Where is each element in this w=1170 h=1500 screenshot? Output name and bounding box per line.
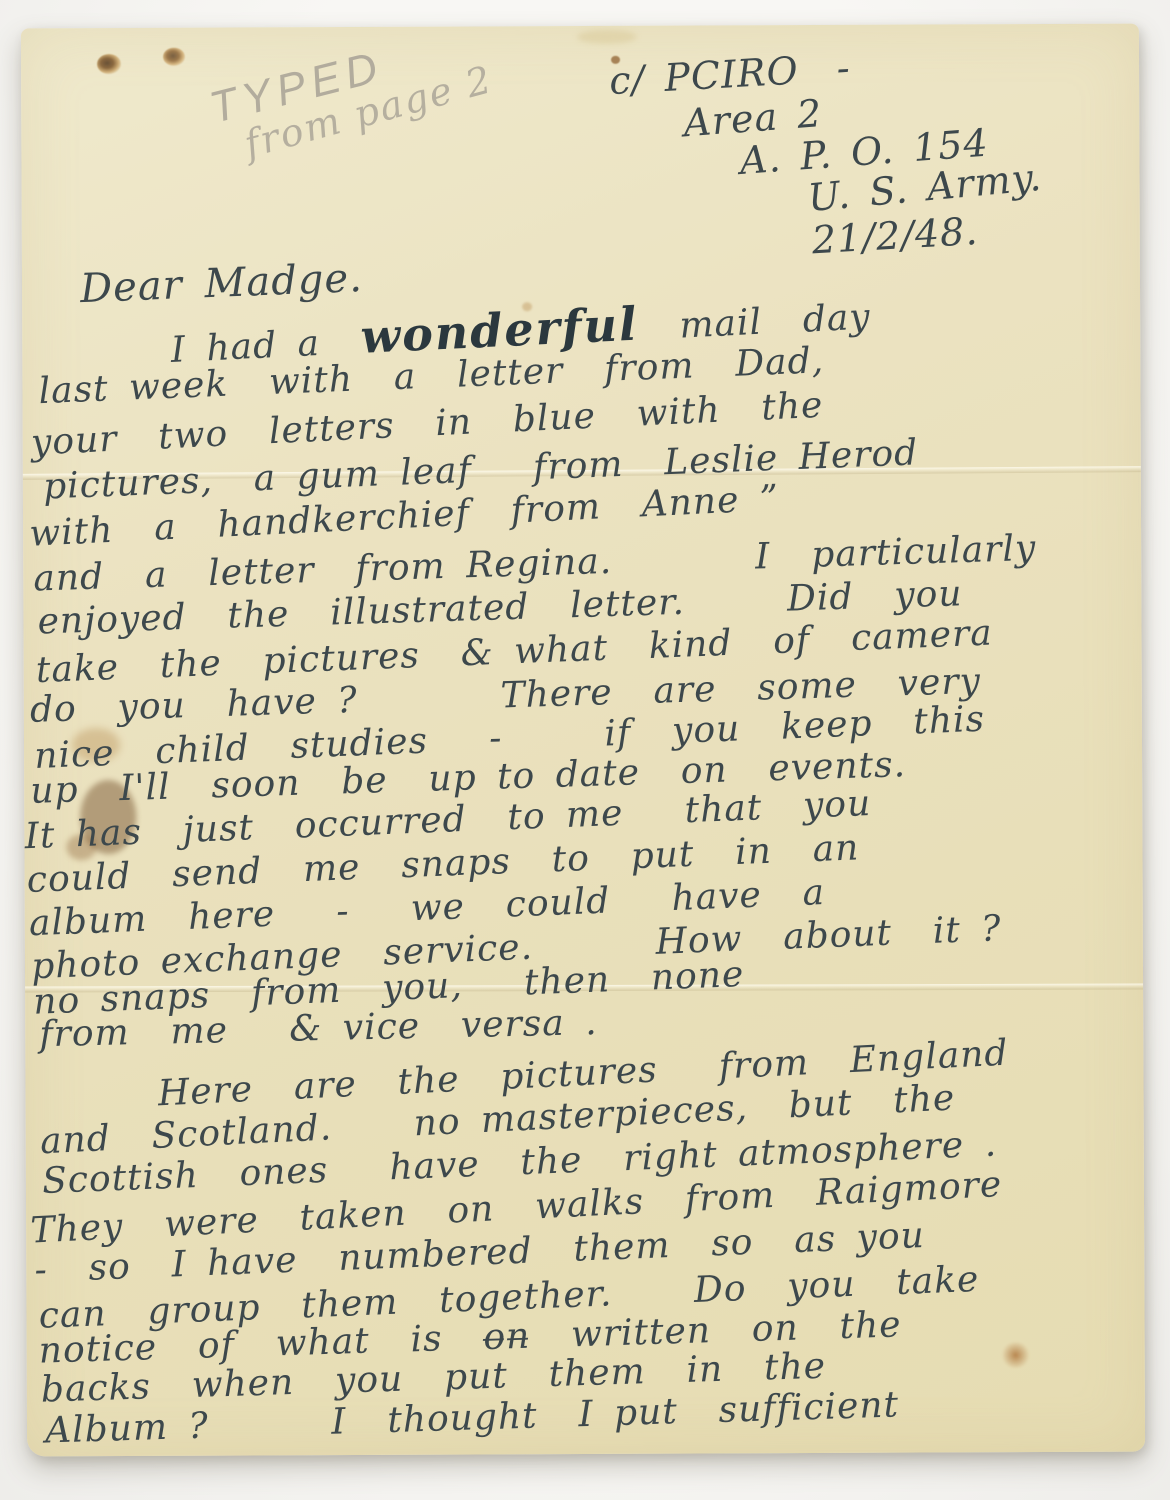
opening-post: mail day	[638, 296, 872, 348]
pencil-annotation: TYPED from page 2	[207, 53, 463, 148]
pin-hole	[163, 48, 185, 66]
stain	[577, 30, 637, 44]
letter-line: from me & vice versa .	[39, 1005, 598, 1053]
header-line-date: 21/2/48.	[811, 212, 979, 259]
pin-hole	[97, 54, 121, 74]
letter-page: TYPED from page 2 c/ PCIRO - Area 2 A. P…	[21, 24, 1145, 1457]
letter-header: c/ PCIRO - Area 2 A. P. O. 154 U. S. Arm…	[21, 24, 1139, 29]
photo-background: TYPED from page 2 c/ PCIRO - Area 2 A. P…	[0, 0, 1170, 1500]
stain	[1001, 1342, 1031, 1368]
salutation: Dear Madge.	[79, 258, 363, 309]
